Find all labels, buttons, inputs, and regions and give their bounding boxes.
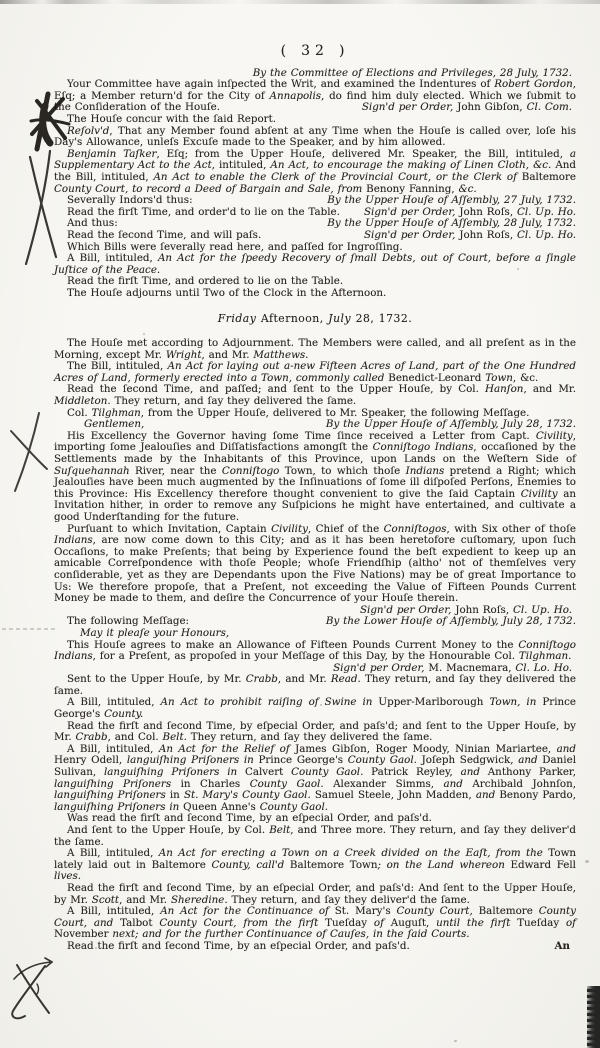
session-heading: Friday Afternoon, July 28, 1732. [54,313,576,325]
plain-text: Anthony Parker, [488,766,576,778]
italic-text: Conniſtogo Indians [373,441,474,453]
italic-text: Gentlemen, [84,418,144,430]
italic-text: Sign'd per Order, [364,206,459,218]
paper-speck [517,268,519,270]
italic-text: Crabb [246,673,278,685]
plain-text: , are now come down to this City; and as… [54,534,576,604]
document-content: ( 32 ) By the Committee of Elections and… [54,46,576,953]
plain-text: Auguſt, [391,917,436,929]
plain-text: , with Six other of thoſe [446,523,576,535]
plain-text: River, near the [135,465,222,477]
italic-text: County Gaol. [348,754,422,766]
italic-text: Indians [54,534,93,546]
plain-text: The Bill, intituled, [67,360,168,372]
italic-text: May it pleaſe your Honours, [80,627,229,639]
arrow-mark-icon [14,958,52,994]
x-mark-stroke [17,965,49,1013]
italic-text: &c. [458,183,476,195]
plain-text: , for a Preſent, as propoſed in your Meſ… [93,650,519,662]
italic-text: Matthews [253,349,305,361]
plain-text: Sent to the Upper Houſe, by Mr. [67,673,246,685]
x-mark-stroke [15,413,39,491]
catchword: An [555,941,576,953]
plain-text: Read the firſt Time, and order'd to lie … [67,206,340,218]
plain-text: . [568,650,571,662]
paragraph: A Bill, intituled, An Act for erecting a… [54,848,576,883]
document-page: ( 32 ) By the Committee of Elections and… [0,0,600,1048]
plain-text: A Bill, intituled, [67,905,160,917]
plain-text: And ſent to the Upper Houſe, by Col. [67,824,269,836]
plain-text: . [305,349,308,361]
italic-text: An Act, to encourage the making of Linen… [270,159,551,171]
plain-text: Talbot [120,917,159,929]
italic-text: St. Mary's County Gaol. [184,789,315,801]
x-mark-bottom-icon [12,965,49,1018]
italic-text: By the Upper Houſe of Aſſembly, July 28,… [326,418,576,430]
paragraph: The Houſe adjourns until Two of the Cloc… [54,288,576,300]
paragraph: And ſent to the Upper Houſe, by Col. Bel… [54,825,576,848]
italic-text: Cl. Up. Ho. [513,604,572,616]
arrow-head [45,958,52,962]
plain-text: The Houſe concur with the ſaid Report. [67,113,276,125]
plain-text: 28, 1732. [356,312,413,325]
plain-text: This Houſe agrees to make an Allowance o… [67,639,518,651]
italic-text: By the Lower Houſe of Aſſembly, July 28,… [326,615,576,627]
paragraph: Read the firſt and ſecond Time, by eſpec… [54,721,576,744]
italic-text: Town, in [489,696,542,708]
paper-speck [320,704,322,706]
plain-text: November [54,928,112,940]
plain-text: John Roſs, [459,206,517,218]
plain-text: St. Mary's [335,905,397,917]
plain-text: Baltemore [522,171,576,183]
plain-text: Read the ſecond Time, and will paſs. [67,229,261,241]
comma-mark [37,984,39,994]
italic-text: next; and for the further Continuance of… [112,928,469,940]
paragraph: His Excellency the Governor having ſome … [54,431,576,524]
plain-text: Purſuant to which Invitation, Captain [67,523,271,535]
x-mark-upper-icon [26,151,56,264]
italic-text: Conniſtogos [384,523,447,535]
plain-text: Tueſday [517,917,566,929]
plain-text: His Excellency the Governor having ſome … [67,430,536,442]
italic-text: County Court, to record a Deed of Bargai… [54,183,366,195]
arrow-head [46,962,52,967]
italic-text: Cl. Up. Ho. [517,206,576,218]
paragraph: A Bill, intituled, An Act for the Contin… [54,906,576,941]
italic-text: and [461,766,488,778]
italic-text: Sign'd per Order, [364,229,459,241]
italic-text: lives. [54,870,81,882]
plain-text: Calvert [245,766,291,778]
italic-text: Civility [271,523,308,535]
italic-text: Town [485,372,513,384]
plain-text: Prince George's [259,754,348,766]
italic-text: By the Committee of Elections and Privil… [253,67,572,79]
plain-text: . They return, and ſay they delivered th… [107,395,356,407]
italic-text: Reſolv'd [67,125,109,137]
italic-text: Middleton [54,395,107,407]
italic-text: until the firſt [436,917,517,929]
plain-text: M. Macnemara, [428,662,515,674]
plain-text: A Bill, intituled, [67,743,159,755]
paper-speck [585,860,589,863]
italic-text: languiſhing Priſoners in [127,754,259,766]
paragraph: Read the firſt and ſecond Time, by an eſ… [54,883,576,906]
text-row: Read the firſt and ſecond Time, by an eſ… [54,941,576,953]
plain-text: James Gibſon, Roger Moody, Ninian Mariar… [295,743,557,755]
italic-text: of [566,917,576,929]
plain-text: Read the firſt and ſecond Time, by an eſ… [67,940,410,952]
paragraph: Benjamin Taſker, Eſq; from the Upper Hou… [54,149,576,195]
plain-text: . They return, and ſay they deliver'd th… [224,894,470,906]
plain-text: Benedict-Leonard [388,372,485,384]
paragraph: This Houſe agrees to make an Allowance o… [54,640,576,663]
plain-text: Was read the firſt and ſecond Time, by a… [67,812,432,824]
italic-text: An Act to enable the Clerk of the Provin… [153,171,521,183]
paper-speck [454,1040,457,1042]
plain-text: Col. [67,407,92,419]
italic-text: and [476,789,500,801]
italic-text: of [374,917,391,929]
paragraph: Sent to the Upper Houſe, by Mr. Crabb, a… [54,674,576,697]
plain-text: Queen Anne's [183,801,260,813]
italic-text: By the Upper Houſe of Aſſembly, 28 July,… [327,217,576,229]
x-mark-stroke [30,157,56,257]
plain-text: Baltemore [479,905,539,917]
row-right-attribution: By the Lower Houſe of Aſſembly, July 28,… [326,616,576,628]
plain-text: , That any Member found abſent at any Ti… [54,125,576,149]
italic-text: Sign'd per Order, [360,604,455,616]
plain-text: A Bill, intituled, [67,696,161,708]
plain-text: Upper-Marlborough [378,696,489,708]
scan-artifact-bottom-right-corner [587,986,600,1048]
italic-text: Tilghman [519,650,568,662]
plain-text: Benony Fanning, [366,183,458,195]
plain-text: John Roſs, [459,229,517,241]
plain-text: in [170,789,184,801]
x-mark-middle-icon [11,413,47,491]
italic-text: Cl. Com. [527,101,572,113]
plain-text: Edward Fell [510,859,576,871]
paragraph: Read the ſecond Time, and paſſed; and ſe… [54,384,576,407]
paragraph: A Bill, intituled, An Act for the Relief… [54,744,576,814]
italic-text: Cl. Up. Ho. [517,229,576,241]
paper-speck [95,947,97,949]
plain-text: Afternoon, [261,312,328,325]
arrow-shaft [14,962,52,979]
italic-text: languiſhing Priſoners in [54,801,183,813]
plain-text: Samuel Steele, John Madden, [315,789,476,801]
plain-text: Joſeph Sedgwick, [422,754,519,766]
italic-text: languiſhing Priſoners [54,789,170,801]
plain-text: , intituled, [212,159,271,171]
italic-text: Sign'd per Order, [333,662,428,674]
plain-text: John Gibſon, [457,101,526,113]
plain-text: , &c. [513,372,538,384]
plain-text: Town, to which thoſe [285,465,406,477]
plain-text: Your Committee have again inſpected the … [67,78,494,90]
italic-text: County. [104,708,143,720]
italic-text: County Gaol. [260,801,328,813]
x-mark-stroke [11,431,47,469]
italic-text: Benjamin Taſker [67,148,156,160]
plain-text: Archibald Johnſon, [472,778,576,790]
plain-text: Patrick Reyley, [371,766,460,778]
italic-text: Civility [536,430,573,442]
italic-text: By the Upper Houſe of Aſſembly, 27 July,… [327,194,576,206]
italic-text: Belt [163,731,184,743]
page-number: ( 32 ) [54,46,576,58]
plain-text: . They return, and ſay they delivered th… [184,731,433,743]
italic-text: Annapolis [270,90,322,102]
plain-text: A Bill, intituled, [67,847,159,859]
scan-artifact-top-edge [0,0,600,4]
plain-text: in Charles [181,778,250,790]
plain-text: , from the Upper Houſe, delivered to Mr.… [141,407,530,419]
italic-text: and [518,754,542,766]
italic-text: Robert Gordon [494,78,572,90]
plain-text: , and Col. [108,731,163,743]
plain-text: , Chief of the [308,523,384,535]
ink-scribble-stroke [43,106,50,143]
italic-text: County Court, [397,905,479,917]
plain-text: , and Mr. [278,673,331,685]
italic-text: An Act for erecting a Town on a Creek di… [159,847,549,859]
italic-text: languiſhing Priſoners in [104,766,245,778]
plain-text: Read the firſt Time, and ordered to lie … [67,275,343,287]
plain-text: Severally Indors'd thus: [67,194,193,206]
x-mark-stroke [12,966,45,1018]
row-left-text: Read the firſt and ſecond Time, by an eſ… [54,941,410,953]
plain-text: The Houſe met according to Adjournment. … [54,337,576,361]
italic-text: languiſhing Priſoners [54,778,181,790]
plain-text: An [555,940,570,952]
paragraph: A Bill, intituled, An Act to prohibit ra… [54,697,576,720]
italic-text: ; on the Land whereon [377,859,510,871]
italic-text: Civility [521,488,563,500]
italic-text: Tilghman [92,407,141,419]
italic-text: Read [331,673,358,685]
italic-text: and [557,743,576,755]
italic-text: An Act to prohibit raiſing of Swine in [161,696,379,708]
paragraph: Purſuant to which Invitation, Captain Ci… [54,524,576,605]
plain-text: Henry Odell, [54,754,127,766]
plain-text: Benony Pardo, [499,789,576,801]
italic-text: Crabb [75,731,107,743]
plain-text: The following Meſſage: [67,615,189,627]
plain-text: Which Bills were ſeverally read here, an… [67,241,403,253]
plain-text: Alexander Simms, [333,778,443,790]
italic-text: Indians [406,465,450,477]
paragraph: The Bill, intituled, An Act for laying o… [54,361,576,384]
plain-text: Read the ſecond Time, and paſſed; and ſe… [67,383,485,395]
paper-speck [143,333,145,335]
ink-scribble-stroke [37,94,48,149]
italic-text: Scott [92,894,119,906]
italic-text: County Gaol. [291,766,371,778]
italic-text: County Court, from the firſt [159,917,325,929]
italic-text: Conniſtogo [222,465,285,477]
italic-text: Belt [269,824,290,836]
italic-text: Hanſon [485,383,523,395]
italic-text: Friday [218,312,261,325]
plain-text: , and Mr. [202,349,254,361]
italic-text: An Act for the Continuance of [160,905,335,917]
italic-text: Sheredine [171,894,224,906]
italic-text: An Act for the Relief of [159,743,295,755]
plain-text: Baltemore Town [290,859,378,871]
italic-text: and [444,778,473,790]
italic-text: July [328,312,355,325]
italic-text: County, call'd [211,859,289,871]
paragraph: The Houſe met according to Adjournment. … [54,338,576,361]
italic-text: Sign'd per Order, [362,101,457,113]
x-mark-stroke [26,151,50,264]
plain-text: John Roſs, [455,604,513,616]
paragraph: Reſolv'd, That any Member found abſent a… [54,126,576,149]
plain-text: And thus: [67,217,118,229]
paragraph: A Bill, intituled, An Act for the ſpeedy… [54,253,576,276]
italic-text: County Gaol. [250,778,333,790]
italic-text: Cl. Lo. Ho. [515,662,572,674]
italic-text: Wright [166,349,202,361]
italic-text: Suſquehannah [54,465,135,477]
plain-text: The Houſe adjourns until Two of the Cloc… [67,287,386,299]
plain-text: A Bill, intituled, [67,252,158,264]
plain-text: , and Mr. [523,383,576,395]
plain-text: , and Mr. [119,894,171,906]
plain-text: Tueſday [325,917,374,929]
plain-text: , Eſq; from the Upper Houſe, delivered M… [156,148,569,160]
